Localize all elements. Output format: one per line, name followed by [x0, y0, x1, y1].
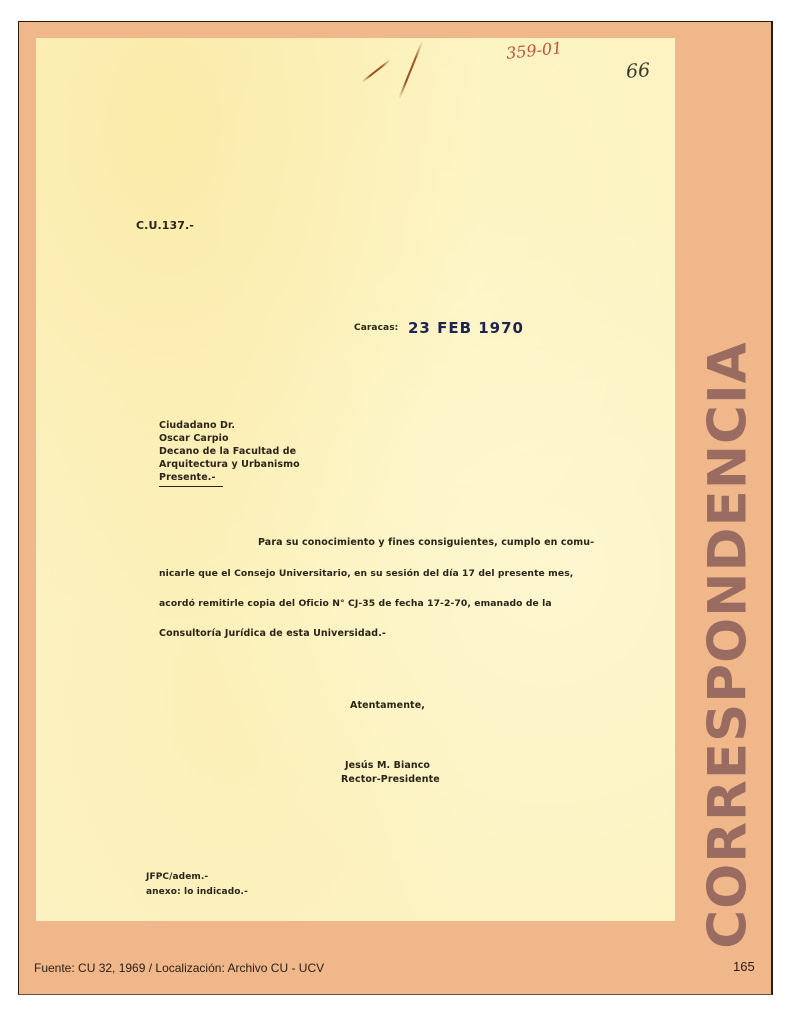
body-line: nicarle que el Consejo Universitario, en… — [159, 568, 573, 579]
recipient-line: Decano de la Facultad de — [159, 446, 296, 457]
recipient-line: Ciudadano Dr. — [159, 420, 235, 431]
reference-initials: JFPC/adem.- — [146, 872, 208, 882]
handwritten-folio-number: 66 — [625, 59, 651, 83]
recipient-line: Arquitectura y Urbanismo — [159, 459, 300, 470]
signatory-title: Rector-Presidente — [341, 774, 440, 785]
page-number: 165 — [733, 959, 755, 974]
presente-underline — [159, 486, 223, 487]
recipient-line: Oscar Carpio — [159, 433, 229, 444]
handwritten-red-number: 359-01 — [505, 38, 563, 63]
scanned-letter: 359-01 66 C.U.137.- Caracas: 23 FEB 1970… — [36, 38, 675, 921]
body-line: Para su conocimiento y fines consiguient… — [258, 537, 594, 548]
letter-reference: C.U.137.- — [136, 219, 194, 232]
pen-stroke-mark — [398, 41, 423, 99]
recipient-presente: Presente.- — [159, 472, 216, 483]
body-line: Consultoría Jurídica de esta Universidad… — [159, 628, 386, 639]
enclosure-note: anexo: lo indicado.- — [146, 887, 248, 897]
date-stamp: 23 FEB 1970 — [408, 319, 524, 337]
source-caption: Fuente: CU 32, 1969 / Localización: Arch… — [34, 961, 324, 975]
pen-stroke-mark — [361, 59, 391, 83]
section-title: CORRESPONDENCIA — [698, 341, 759, 948]
date-label: Caracas: — [354, 323, 398, 333]
closing: Atentamente, — [350, 700, 425, 711]
body-line: acordó remitirle copia del Oficio N° CJ-… — [159, 598, 552, 609]
signatory-name: Jesús M. Bianco — [345, 760, 430, 771]
